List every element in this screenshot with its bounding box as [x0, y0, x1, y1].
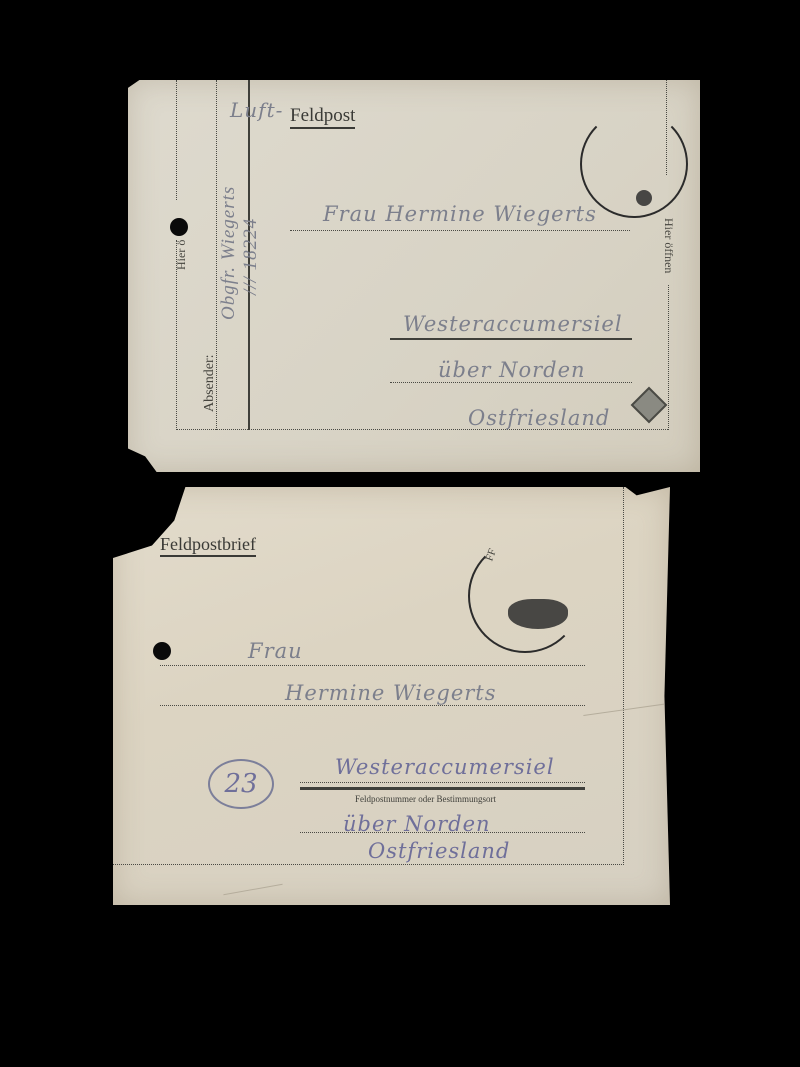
address-dotline-3 [300, 782, 585, 783]
handwritten-luft-prefix: Luft- [230, 98, 283, 122]
punch-hole [153, 642, 171, 660]
address-solid-underline [300, 787, 585, 790]
card-title-feldpost: Feldpost [290, 105, 355, 129]
address-dotline-2 [160, 705, 585, 706]
hier-oeffnen-right-label: Hier öffnen [661, 218, 676, 273]
feldpostbrief-card-bottom: Feldpostbrief FF Frau Hermine Wiegerts 2… [113, 487, 670, 905]
address-line-1: Frau [248, 639, 303, 663]
address-dotline-4 [300, 832, 585, 833]
address-line-4: Ostfriesland [468, 406, 610, 430]
address-dotline-1 [160, 665, 585, 666]
postal-diamond-mark-icon [631, 387, 668, 424]
sender-handwriting-line2: /// 18224 [240, 218, 262, 295]
paper-crease [223, 884, 282, 895]
feldpost-card-top: Luft- Feldpost Hier ö Absender: Obgfr. W… [128, 80, 700, 472]
address-line-2: Westeraccumersiel [403, 312, 623, 336]
address-line-5: Ostfriesland [368, 839, 510, 863]
paper-crease [583, 703, 668, 716]
address-line-2: Hermine Wiegerts [285, 681, 497, 705]
card-title-feldpostbrief: Feldpostbrief [160, 533, 256, 557]
address-solid-underline [390, 338, 632, 340]
sender-handwriting-line1: Obgfr. Wiegerts [218, 186, 240, 320]
postmark-blot [508, 599, 568, 629]
hier-oeffnen-left-label: Hier ö [174, 240, 189, 270]
address-dotline-3 [390, 382, 632, 383]
frame-bottom-dotted [113, 864, 624, 865]
address-line-3: Westeraccumersiel [335, 755, 555, 779]
address-line-1: Frau Hermine Wiegerts [323, 202, 597, 226]
absender-label: Absender: [202, 354, 218, 412]
frame-right-dotted [668, 285, 669, 430]
postmark-blot [636, 190, 652, 206]
address-line-3: über Norden [438, 358, 586, 382]
address-dotline-1 [290, 230, 630, 231]
punch-hole [170, 218, 188, 236]
feldpostnummer-caption: Feldpostnummer oder Bestimmungsort [355, 794, 496, 804]
frame-right-dotted [623, 487, 624, 865]
frame-left-dotted-top [176, 80, 177, 200]
circled-number: 23 [208, 759, 274, 809]
